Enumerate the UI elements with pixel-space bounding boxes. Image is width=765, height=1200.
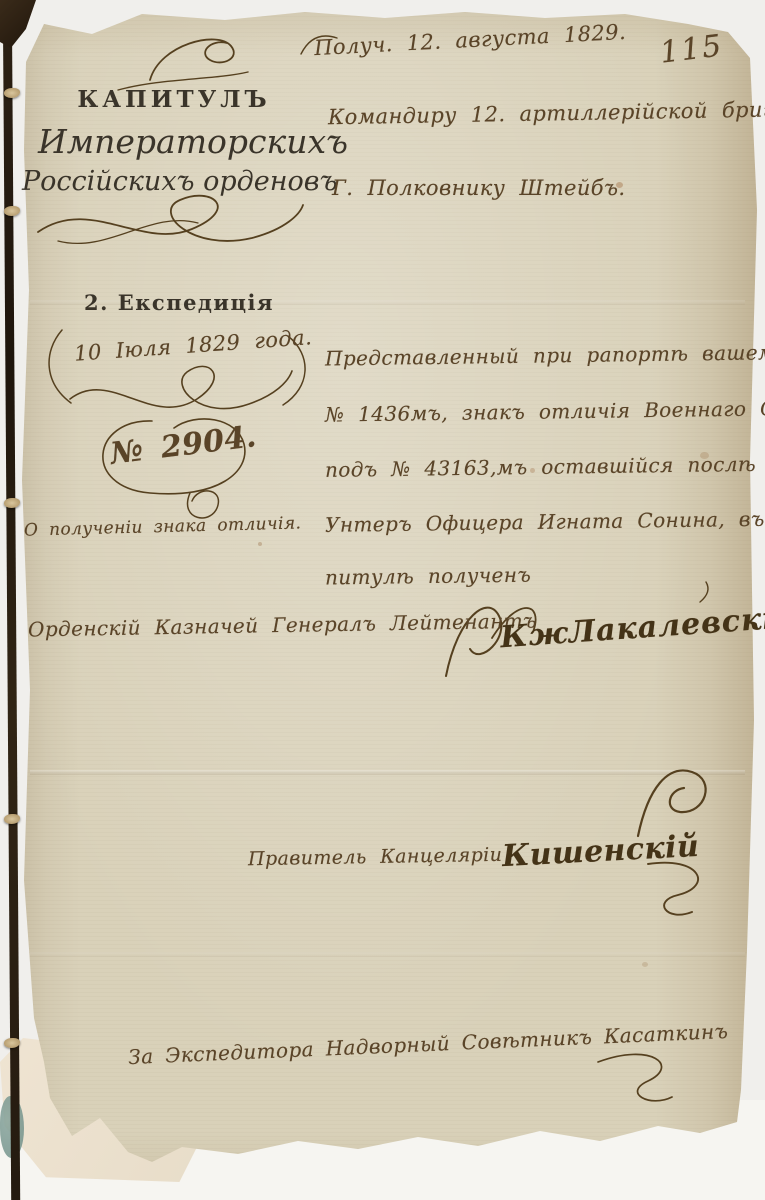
body-line-5: питулѣ полученъ — [325, 563, 531, 590]
binding-stitch — [4, 814, 20, 824]
letterhead-subtitle2: Россійскихъ орденовъ — [22, 166, 318, 197]
binding-gutter-line — [3, 0, 20, 1200]
letterhead-subtitle1: Императорскихъ — [38, 122, 306, 161]
binding-stitch — [4, 498, 20, 508]
paper-stain — [642, 962, 648, 967]
binding-stitch — [4, 88, 20, 98]
paper-crease — [30, 952, 745, 957]
number-sign: № — [108, 433, 145, 472]
expedition-label: 2. Експедиція — [84, 290, 274, 315]
paper-stain — [258, 542, 262, 546]
letterhead-title: КАПИТУЛЪ — [60, 86, 288, 113]
scanned-document: Получ. 12. августа 1829. 115 КАПИТУЛЪ Им… — [0, 0, 765, 1200]
chancery-title: Правитель Канцеляріи — [248, 844, 503, 870]
paper-crease — [30, 770, 745, 775]
recipient-line2: Г. Полковнику Штейбъ. — [332, 176, 625, 200]
binding-stitch — [4, 206, 20, 216]
